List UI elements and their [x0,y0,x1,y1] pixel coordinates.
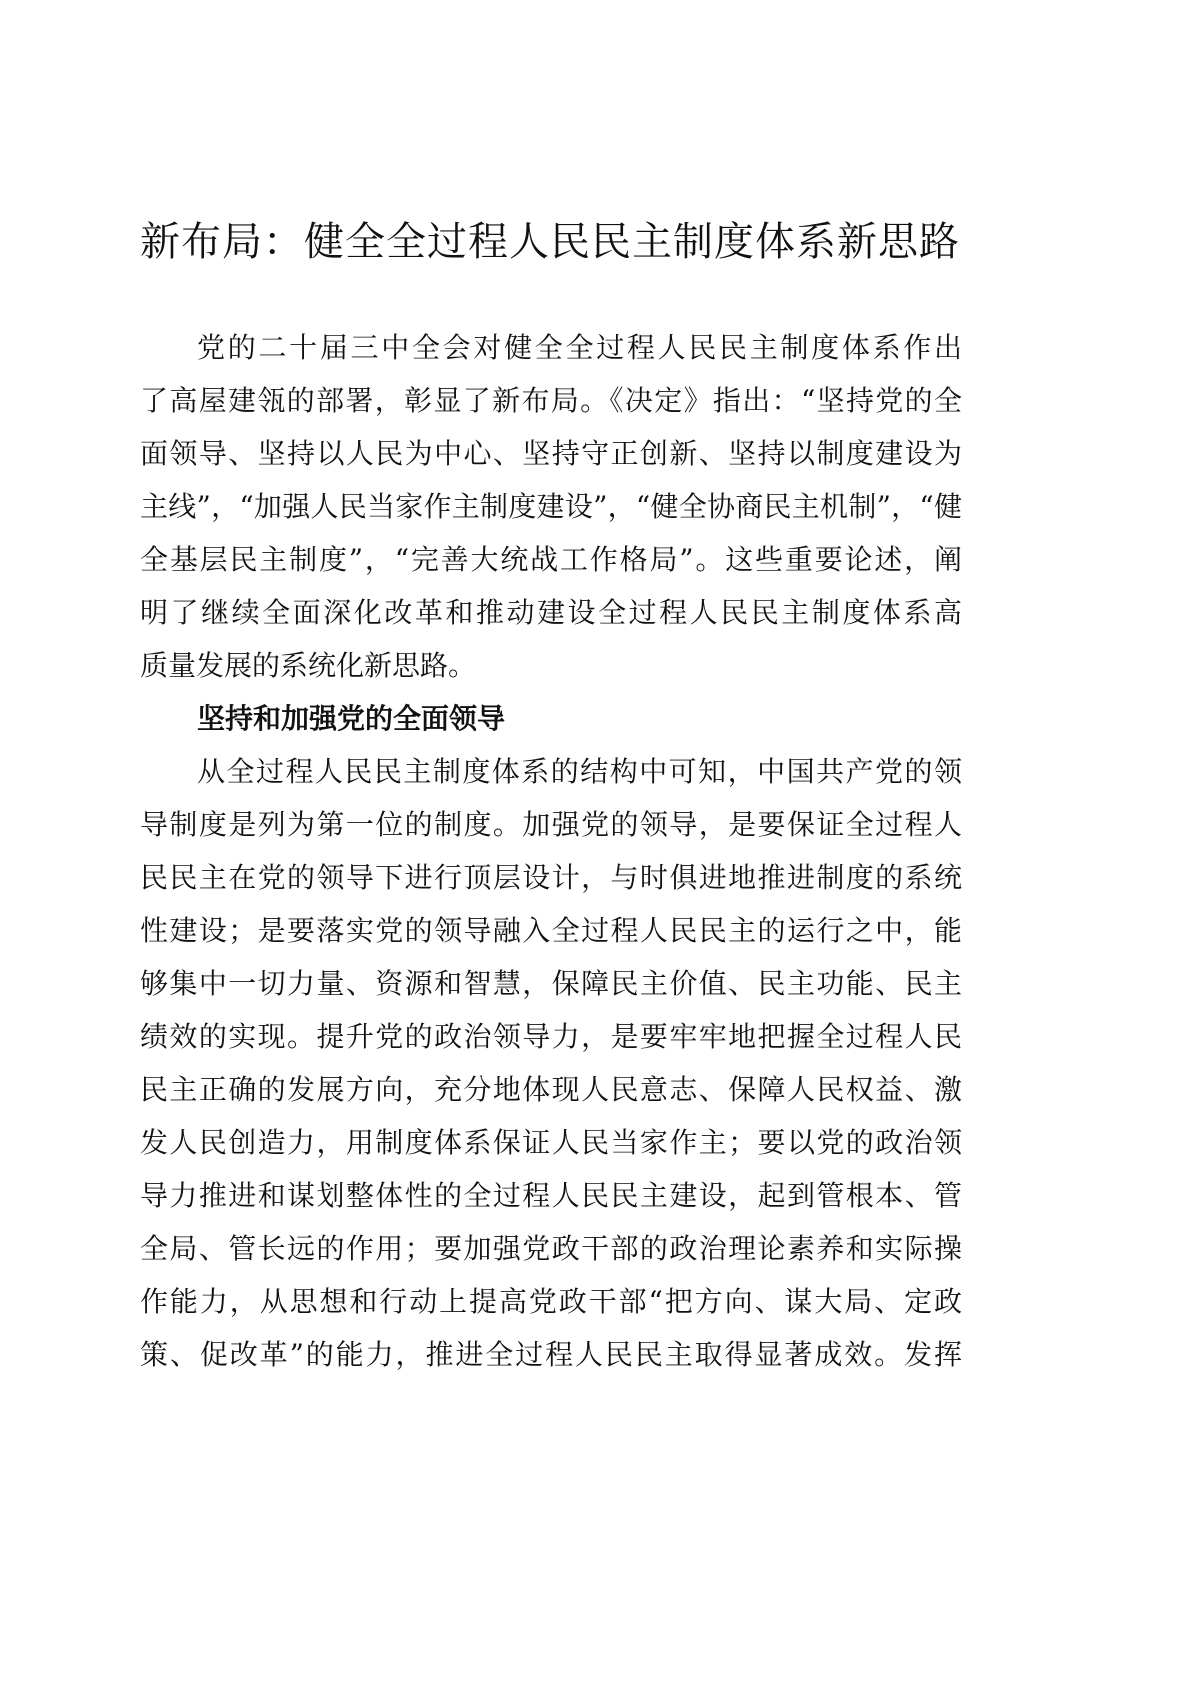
paragraph-party-leadership: 从全过程人民民主制度体系的结构中可知，中国共产党的领 导制度是列为第一位的制度。… [140,745,962,1381]
text-line: 了高屋建瓴的部署，彰显了新布局。《决定》指出：“坚持党的全 [140,374,962,427]
text-line: 导制度是列为第一位的制度。加强党的领导，是要保证全过程人 [140,798,962,851]
text-line: 明了继续全面深化改革和推动建设全过程人民民主制度体系高 [140,586,962,639]
text-line: 党的二十届三中全会对健全全过程人民民主制度体系作出 [140,321,962,374]
text-line: 策、促改革”的能力，推进全过程人民民主取得显著成效。发挥 [140,1328,962,1381]
section-heading: 坚持和加强党的全面领导 [140,692,962,745]
text-line: 发人民创造力，用制度体系保证人民当家作主；要以党的政治领 [140,1116,962,1169]
text-line: 绩效的实现。提升党的政治领导力，是要牢牢地把握全过程人民 [140,1010,962,1063]
text-line: 导力推进和谋划整体性的全过程人民民主建设，起到管根本、管 [140,1169,962,1222]
text-line: 全局、管长远的作用；要加强党政干部的政治理论素养和实际操 [140,1222,962,1275]
text-line: 面领导、坚持以人民为中心、坚持守正创新、坚持以制度建设为 [140,427,962,480]
text-line: 从全过程人民民主制度体系的结构中可知，中国共产党的领 [140,745,962,798]
text-line: 民主正确的发展方向，充分地体现人民意志、保障人民权益、激 [140,1063,962,1116]
text-line: 质量发展的系统化新思路。 [140,639,962,692]
text-line: 够集中一切力量、资源和智慧，保障民主价值、民主功能、民主 [140,957,962,1010]
text-line: 民民主在党的领导下进行顶层设计，与时俱进地推进制度的系统 [140,851,962,904]
text-line: 全基层民主制度”，“完善大统战工作格局”。这些重要论述，阐 [140,533,962,586]
document-body: 党的二十届三中全会对健全全过程人民民主制度体系作出 了高屋建瓴的部署，彰显了新布… [140,321,962,1381]
text-line: 性建设；是要落实党的领导融入全过程人民民主的运行之中，能 [140,904,962,957]
text-line: 主线”，“加强人民当家作主制度建设”，“健全协商民主机制”，“健 [140,480,962,533]
paragraph-intro: 党的二十届三中全会对健全全过程人民民主制度体系作出 了高屋建瓴的部署，彰显了新布… [140,321,962,692]
document-title: 新布局：健全全过程人民民主制度体系新思路 [140,214,962,270]
text-line: 作能力，从思想和行动上提高党政干部“把方向、谋大局、定政 [140,1275,962,1328]
